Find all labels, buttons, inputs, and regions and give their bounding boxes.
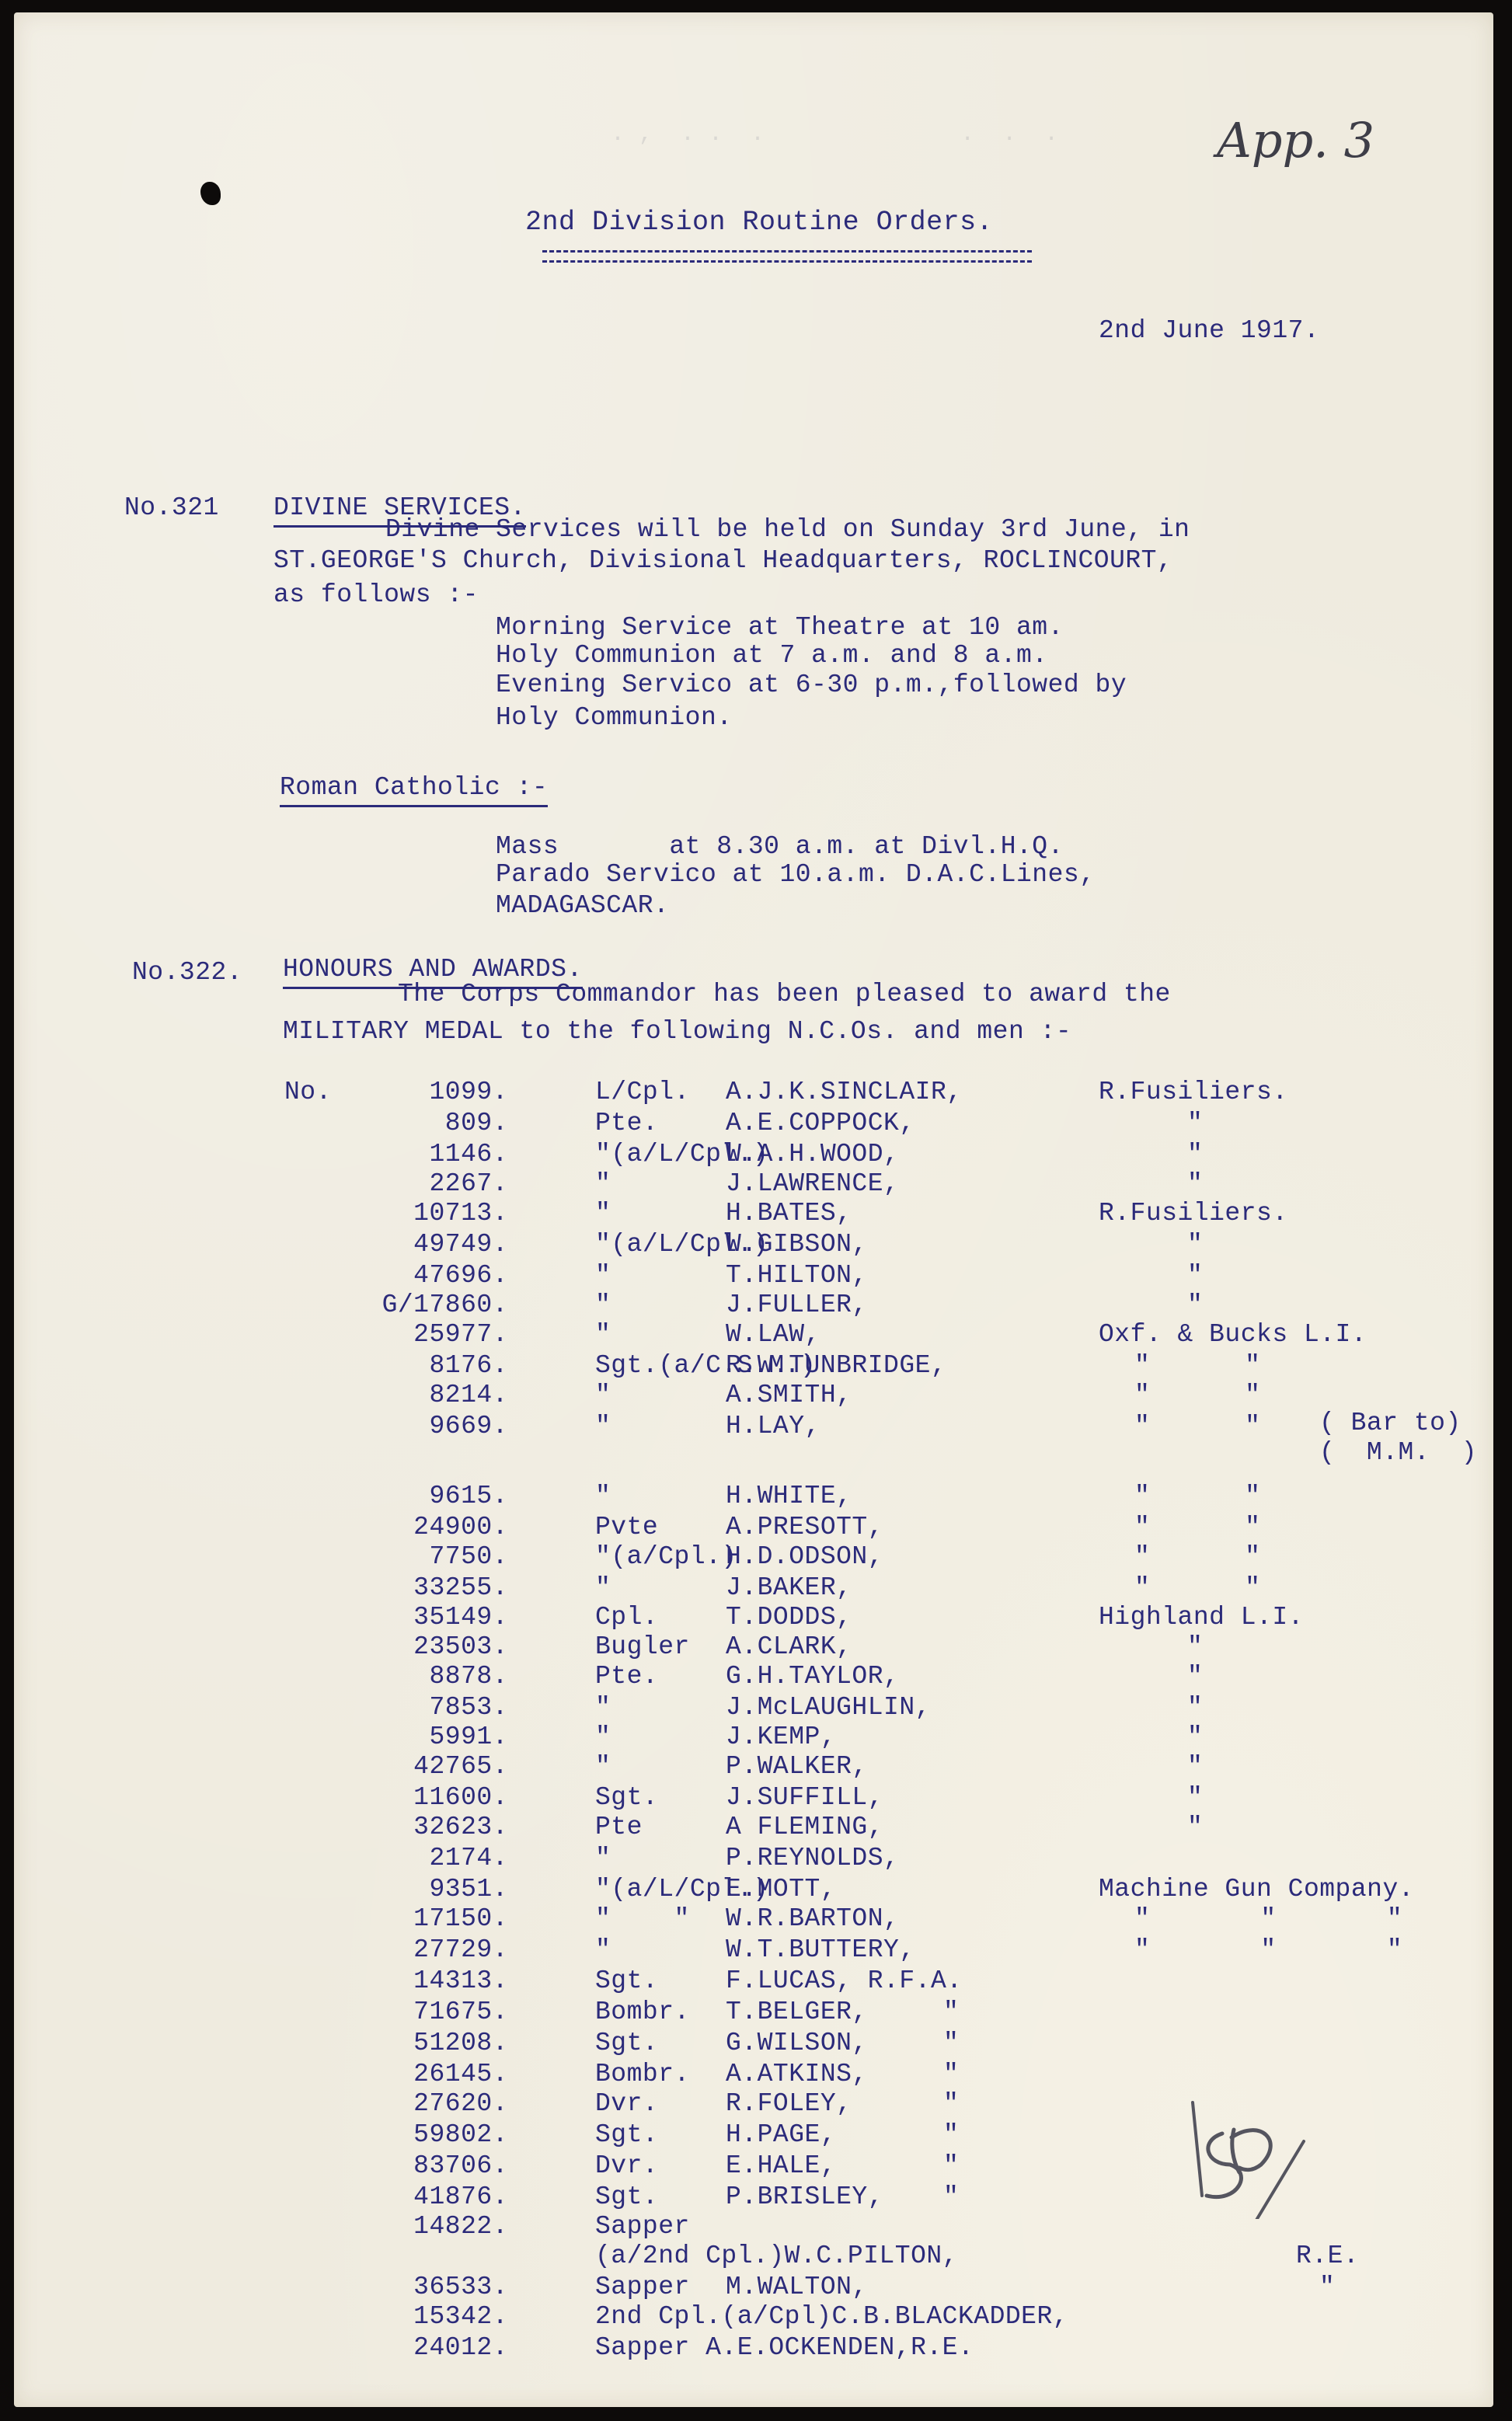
order-number: No.322. — [132, 957, 242, 988]
soldier-name: J.BAKER, — [726, 1573, 852, 1604]
service-number: 26145. — [322, 2059, 508, 2090]
soldier-name: A.E.COPPOCK, — [726, 1108, 915, 1139]
soldier-name: A.SMITH, — [726, 1380, 852, 1411]
rc-schedule-line: Mass at 8.30 a.m. at Divl.H.Q. — [496, 831, 1064, 862]
service-number: 14313. — [322, 1966, 508, 1997]
service-number: 33255. — [322, 1573, 508, 1604]
rank: Pte — [595, 1812, 643, 1843]
punch-hole — [200, 182, 221, 205]
rank: " — [595, 1380, 611, 1411]
unit: " " — [1134, 1380, 1260, 1411]
soldier-name: P.REYNOLDS, — [726, 1843, 899, 1874]
soldier-name: J.McLAUGHLIN, — [726, 1692, 931, 1723]
service-number: 47696. — [322, 1260, 508, 1291]
rank: " — [595, 1290, 611, 1321]
soldier-name: A.CLARK, — [726, 1632, 852, 1663]
service-number: 71675. — [322, 1997, 508, 2028]
title-double-underline — [542, 250, 1032, 263]
soldier-name: J.KEMP, — [726, 1722, 836, 1753]
rank: Sgt. — [595, 1966, 658, 1997]
rank: Bombr. — [595, 1997, 690, 2028]
soldier-name: H.LAY, — [726, 1411, 820, 1442]
soldier-name: W.T.BUTTERY, — [726, 1935, 915, 1966]
unit: " — [943, 2120, 959, 2151]
soldier-name: J.LAWRENCE, — [726, 1169, 899, 1200]
soldier-name: M.WALTON, — [726, 2272, 868, 2303]
rc-schedule-line: Parado Servico at 10.a.m. D.A.C.Lines, — [496, 859, 1096, 890]
schedule-line: Holy Communion. — [496, 702, 733, 733]
soldier-name: W.A.H.WOOD, — [726, 1139, 899, 1170]
soldier-name: W.GIBSON, — [726, 1229, 868, 1260]
service-number: 9615. — [322, 1481, 508, 1512]
service-number: 809. — [322, 1108, 508, 1139]
unit: " " — [1134, 1481, 1260, 1512]
soldier-name: T.BELGER, — [726, 1997, 868, 2028]
soldier-name: H.PAGE, — [726, 2120, 836, 2151]
service-number: 25977. — [322, 1319, 508, 1350]
rank: " — [595, 1169, 611, 1200]
soldier-name: J.FULLER, — [726, 1290, 868, 1321]
rank: L/Cpl. — [595, 1077, 690, 1108]
page-title: 2nd Division Routine Orders. — [525, 207, 993, 238]
award-note: ( Bar to) — [1319, 1408, 1461, 1439]
service-number: 41876. — [322, 2182, 508, 2213]
unit: " — [1187, 1229, 1203, 1260]
service-number: 14822. — [322, 2211, 508, 2242]
intro-line: Divine Services will be held on Sunday 3… — [385, 514, 1190, 545]
unit: " — [943, 2182, 959, 2213]
unit: Highland L.I. — [1099, 1602, 1304, 1633]
rank: " — [595, 1319, 611, 1350]
service-number: 49749. — [322, 1229, 508, 1260]
service-number: 7750. — [322, 1541, 508, 1573]
soldier-name: W.LAW, — [726, 1319, 820, 1350]
service-number: 2267. — [322, 1169, 508, 1200]
rank: Pvte — [595, 1512, 658, 1543]
rank: Dvr. — [595, 2151, 658, 2182]
soldier-name: R.W.TUNBRIDGE, — [726, 1350, 946, 1381]
rank: Sgt. — [595, 2120, 658, 2151]
unit: " — [1187, 1260, 1203, 1291]
unit: " " — [1134, 1512, 1260, 1543]
rank: " — [595, 1198, 611, 1229]
soldier-name: H.BATES, — [726, 1198, 852, 1229]
service-number: 27729. — [322, 1935, 508, 1966]
soldier-name: F.LUCAS, R.F.A. — [726, 1966, 963, 1997]
service-number: 36533. — [322, 2272, 508, 2303]
unit: " — [943, 2059, 959, 2090]
document-date: 2nd June 1917. — [1099, 315, 1319, 347]
rank: " — [595, 1260, 611, 1291]
service-number: 17150. — [322, 1904, 508, 1935]
service-number: G/17860. — [322, 1290, 508, 1321]
soldier-name: P.WALKER, — [726, 1751, 868, 1782]
unit: " — [1187, 1169, 1203, 1200]
rank: Cpl. — [595, 1602, 658, 1633]
service-number: 8176. — [322, 1350, 508, 1381]
service-number: 7853. — [322, 1692, 508, 1723]
rank: " — [595, 1481, 611, 1512]
soldier-name: H.WHITE, — [726, 1481, 852, 1512]
unit: " " — [1134, 1573, 1260, 1604]
soldier-name: G.H.TAYLOR, — [726, 1661, 899, 1692]
rc-schedule-line: MADAGASCAR. — [496, 890, 669, 921]
unit: " — [1187, 1751, 1203, 1782]
rank: Bugler — [595, 1632, 690, 1663]
handwritten-appendix-note: App. 3 — [1217, 112, 1374, 169]
soldier-name: A.PRESOTT, — [726, 1512, 883, 1543]
rank: Pte. — [595, 1661, 658, 1692]
soldier-name: E.HALE, — [726, 2151, 836, 2182]
soldier-name: T.DODDS, — [726, 1602, 852, 1633]
rank: "(a/Cpl.) — [595, 1541, 737, 1573]
soldier-name: J.SUFFILL, — [726, 1782, 883, 1813]
roman-catholic-heading: Roman Catholic :- — [280, 772, 548, 807]
unit: " " " — [1134, 1904, 1402, 1935]
unit: " — [943, 2028, 959, 2059]
rank: Sgt. — [595, 2028, 658, 2059]
unit: " — [943, 1997, 959, 2028]
service-number: 32623. — [322, 1812, 508, 1843]
service-number: 11600. — [322, 1782, 508, 1813]
soldier-name: H.D.ODSON, — [726, 1541, 883, 1573]
rank: Sapper — [595, 2211, 690, 2242]
schedule-line: Evening Servico at 6-30 p.m.,followed by — [496, 670, 1127, 701]
soldier-name: W.R.BARTON, — [726, 1904, 899, 1935]
document-page: . , . . . . . . App. 3 2nd Division Rout… — [14, 12, 1493, 2407]
rank: (a/2nd Cpl.)W.C.PILTON, — [595, 2241, 958, 2272]
service-number: 24900. — [322, 1512, 508, 1543]
rank: Sgt. — [595, 2182, 658, 2213]
unit: " — [1187, 1139, 1203, 1170]
rank: Sgt. — [595, 1782, 658, 1813]
unit: R.Fusiliers. — [1099, 1077, 1288, 1108]
service-number: 27620. — [322, 2088, 508, 2120]
service-number: 51208. — [322, 2028, 508, 2059]
unit: " " — [1134, 1541, 1260, 1573]
unit: " — [1187, 1722, 1203, 1753]
rank: " " — [595, 1904, 690, 1935]
service-number: 8878. — [322, 1661, 508, 1692]
rank: " — [595, 1722, 611, 1753]
unit: " " — [1134, 1350, 1260, 1381]
unit: " — [943, 2151, 959, 2182]
unit: " — [1187, 1632, 1203, 1663]
soldier-name: T.HILTON, — [726, 1260, 868, 1291]
soldier-name: E.MOTT, — [726, 1874, 836, 1905]
service-number: 59802. — [322, 2120, 508, 2151]
soldier-name: A.J.K.SINCLAIR, — [726, 1077, 963, 1108]
rank: 2nd Cpl.(a/Cpl)C.B.BLACKADDER, — [595, 2301, 1068, 2332]
rank: Dvr. — [595, 2088, 658, 2120]
rank: " — [595, 1411, 611, 1442]
rank: " — [595, 1573, 611, 1604]
order-number: No.321 — [124, 493, 219, 524]
service-number: 8214. — [322, 1380, 508, 1411]
rank: " — [595, 1692, 611, 1723]
service-number: 24012. — [322, 2332, 508, 2364]
service-number: 42765. — [322, 1751, 508, 1782]
rank: Bombr. — [595, 2059, 690, 2090]
intro-line: MILITARY MEDAL to the following N.C.Os. … — [283, 1016, 1071, 1047]
unit: " — [943, 2088, 959, 2120]
unit: " " — [1134, 1411, 1260, 1442]
rank: Pte. — [595, 1108, 658, 1139]
handwritten-initials-icon — [1176, 2087, 1315, 2219]
rank: " — [595, 1843, 611, 1874]
soldier-name: G.WILSON, — [726, 2028, 868, 2059]
service-number: 83706. — [322, 2151, 508, 2182]
schedule-line: Morning Service at Theatre at 10 am. — [496, 612, 1064, 643]
intro-line: ST.GEORGE'S Church, Divisional Headquart… — [273, 545, 1172, 577]
soldier-name: A.ATKINS, — [726, 2059, 868, 2090]
soldier-name: R.FOLEY, — [726, 2088, 852, 2120]
unit: " — [1187, 1661, 1203, 1692]
service-number: 1146. — [322, 1139, 508, 1170]
service-number: 10713. — [322, 1198, 508, 1229]
unit: " — [1187, 1290, 1203, 1321]
service-number: 9669. — [322, 1411, 508, 1442]
unit: Machine Gun Company. — [1099, 1874, 1414, 1905]
unit: " — [1319, 2272, 1335, 2303]
intro-line: The Corps Commandor has been pleased to … — [398, 979, 1171, 1010]
unit: Oxf. & Bucks L.I. — [1099, 1319, 1367, 1350]
unit: R.E. — [1296, 2241, 1359, 2272]
award-note: ( M.M. ) — [1319, 1437, 1477, 1468]
rank: Sapper A.E.OCKENDEN,R.E. — [595, 2332, 974, 2364]
unit: " — [1187, 1692, 1203, 1723]
service-number: 35149. — [322, 1602, 508, 1633]
bleed-through-text: . , . . . . . . — [527, 121, 1058, 148]
rank: " — [595, 1751, 611, 1782]
service-number: 1099. — [322, 1077, 508, 1108]
service-number: 23503. — [322, 1632, 508, 1663]
unit: " " " — [1134, 1935, 1402, 1966]
unit: " — [1187, 1782, 1203, 1813]
service-number: 2174. — [322, 1843, 508, 1874]
service-number: 15342. — [322, 2301, 508, 2332]
soldier-name: P.BRISLEY, — [726, 2182, 883, 2213]
soldier-name: A FLEMING, — [726, 1812, 883, 1843]
intro-line: as follows :- — [273, 580, 479, 611]
unit: " — [1187, 1108, 1203, 1139]
unit: R.Fusiliers. — [1099, 1198, 1288, 1229]
rank: Sapper — [595, 2272, 690, 2303]
service-number: 5991. — [322, 1722, 508, 1753]
unit: " — [1187, 1812, 1203, 1843]
schedule-line: Holy Communion at 7 a.m. and 8 a.m. — [496, 640, 1048, 671]
rank: " — [595, 1935, 611, 1966]
service-number: 9351. — [322, 1874, 508, 1905]
